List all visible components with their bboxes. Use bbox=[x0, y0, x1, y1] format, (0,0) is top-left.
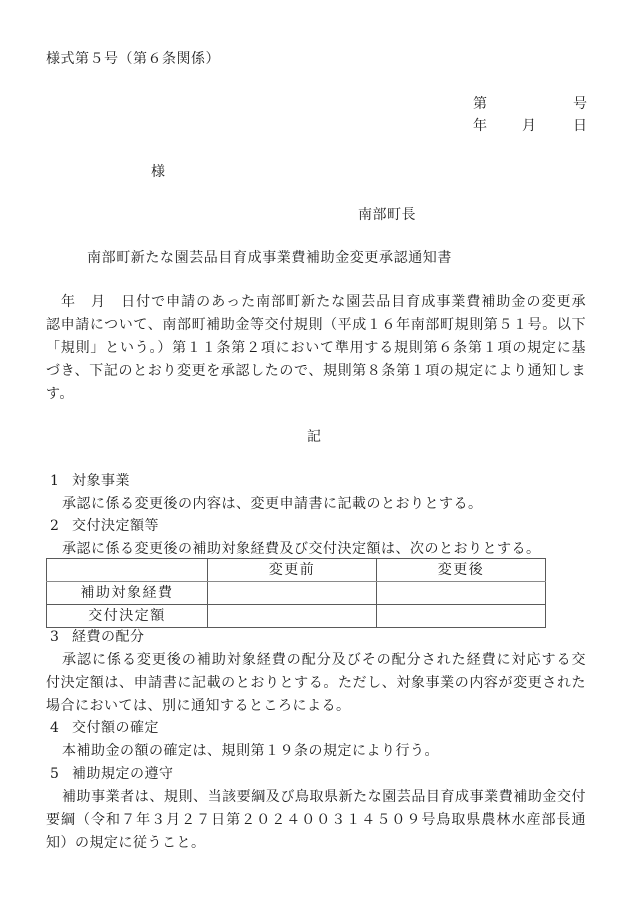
row-label-eligible-cost: 補助対象経費 bbox=[47, 582, 208, 605]
intro-line: 「規則」という。）第１１条第２項において準用する規則第６条第１項の規定に基 bbox=[46, 337, 586, 360]
section-heading: 交付決定額等 bbox=[72, 515, 159, 538]
cell-before bbox=[208, 582, 377, 605]
cell-after bbox=[377, 605, 546, 628]
document-page: 様式第５号（第６条関係） 第 号 年 月 日 様 南部町長 南部町新たな園芸品目… bbox=[0, 0, 630, 903]
section-number: 5 bbox=[50, 763, 59, 786]
table-header-before: 変更前 bbox=[208, 559, 377, 582]
section-number: 3 bbox=[50, 626, 59, 649]
intro-line: 認申請について、南部町補助金等交付規則（平成１６年南部町規則第５１号。以下 bbox=[46, 314, 586, 337]
sender-name: 南部町長 bbox=[358, 204, 416, 227]
document-number-prefix: 第 bbox=[473, 93, 488, 116]
table-header-empty bbox=[47, 559, 208, 582]
table-header-row: 変更前 変更後 bbox=[47, 559, 546, 582]
section-number: 2 bbox=[50, 515, 59, 538]
section-line: 承認に係る変更後の内容は、変更申請書に記載のとおりとする。 bbox=[62, 493, 586, 516]
section-line: 本補助金の額の確定は、規則第１９条の規定により行う。 bbox=[62, 740, 586, 763]
addressee-suffix: 様 bbox=[151, 161, 166, 184]
section-line: 付決定額は、申請書に記載のとおりとする。ただし、対象事業の内容が変更された bbox=[46, 672, 586, 695]
intro-line: づき、下記のとおり変更を承認したので、規則第８条第１項の規定により通知しま bbox=[46, 360, 586, 383]
table-row: 交付決定額 bbox=[47, 605, 546, 628]
intro-line: 年 月 日付で申請のあった南部町新たな園芸品目育成事業費補助金の変更承 bbox=[46, 291, 586, 314]
section-number: 1 bbox=[50, 470, 59, 493]
section-heading: 補助規定の遵守 bbox=[72, 763, 174, 786]
date-day: 日 bbox=[573, 115, 588, 138]
cell-after bbox=[377, 582, 546, 605]
section-line: 知）の規定に従うこと。 bbox=[46, 832, 586, 855]
date-year: 年 bbox=[473, 115, 488, 138]
section-line: 承認に係る変更後の補助対象経費の配分及びその配分された経費に対応する交 bbox=[62, 649, 586, 672]
section-heading: 対象事業 bbox=[72, 470, 130, 493]
section-heading: 交付額の確定 bbox=[72, 717, 159, 740]
date-month: 月 bbox=[522, 115, 537, 138]
section-number: 4 bbox=[50, 717, 59, 740]
table-header-after: 変更後 bbox=[377, 559, 546, 582]
cell-before bbox=[208, 605, 377, 628]
form-label: 様式第５号（第６条関係） bbox=[46, 48, 220, 71]
section-line: 要綱（令和７年３月２７日第２０２４００３１４５０９号鳥取県農林水産部長通 bbox=[46, 809, 586, 832]
section-line: 場合においては、別に通知するところによる。 bbox=[46, 695, 586, 718]
table-row: 補助対象経費 bbox=[47, 582, 546, 605]
section-line: 補助事業者は、規則、当該要綱及び鳥取県新たな園芸品目育成事業費補助金交付 bbox=[62, 786, 586, 809]
row-label-grant-amount: 交付決定額 bbox=[47, 605, 208, 628]
change-amounts-table: 変更前 変更後 補助対象経費 交付決定額 bbox=[46, 558, 546, 628]
intro-line: す。 bbox=[46, 383, 586, 406]
ki-heading: 記 bbox=[307, 426, 322, 449]
document-title: 南部町新たな園芸品目育成事業費補助金変更承認通知書 bbox=[87, 247, 452, 270]
document-number-suffix: 号 bbox=[573, 93, 588, 116]
section-heading: 経費の配分 bbox=[72, 626, 145, 649]
